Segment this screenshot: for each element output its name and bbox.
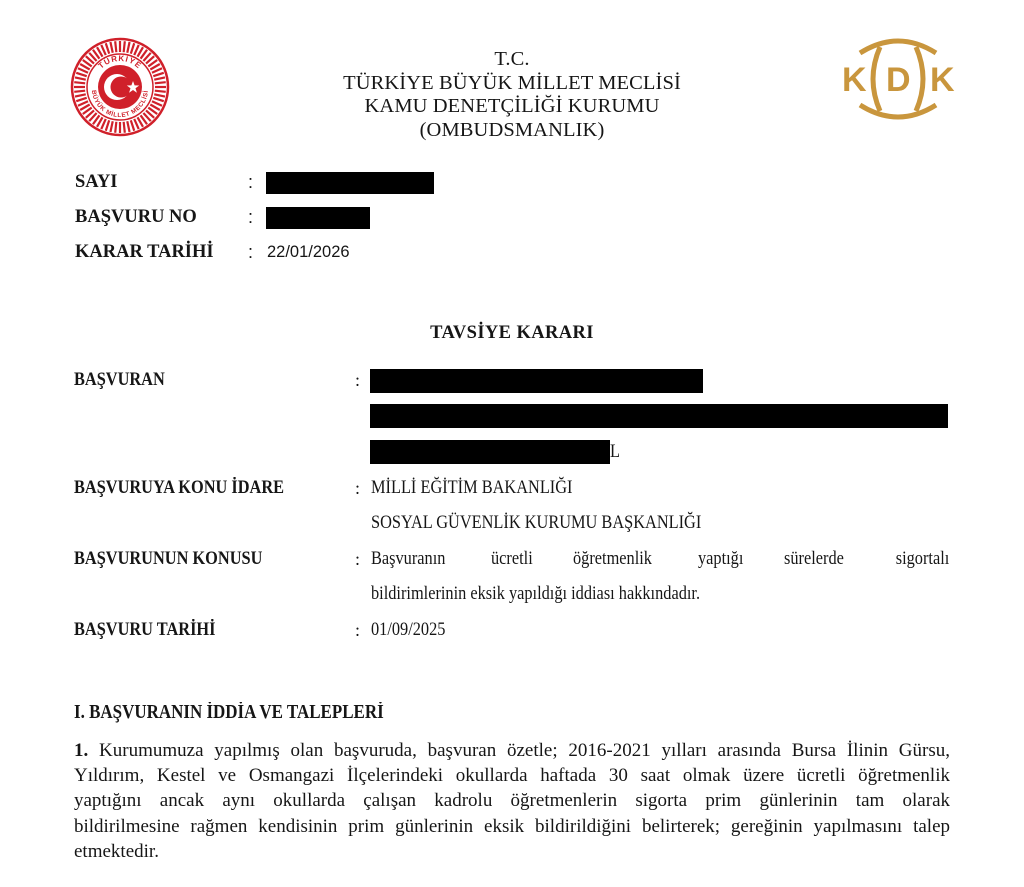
- basvuru-no-colon: :: [248, 207, 253, 228]
- kdk-logo: K D K: [838, 35, 958, 123]
- svg-text:K: K: [930, 61, 955, 99]
- header-line-tc: T.C.: [300, 48, 724, 72]
- basvuran-name-redacted: [370, 369, 703, 393]
- konusu-label: BAŞVURUNUN KONUSU: [74, 548, 262, 570]
- konusu-word: Başvuranın: [371, 548, 445, 570]
- konusu-word: öğretmenlik: [573, 548, 652, 570]
- header-line-kdk: KAMU DENETÇİLİĞİ KURUMU: [300, 95, 724, 119]
- idare-colon: :: [355, 478, 360, 499]
- basvuran-city-redacted: [370, 440, 610, 464]
- karar-tarihi-colon: :: [248, 242, 253, 263]
- basvuru-tarihi-colon: :: [355, 620, 360, 641]
- header-line-tbmm: TÜRKİYE BÜYÜK MİLLET MECLİSİ: [300, 72, 724, 96]
- basvuran-label: BAŞVURAN: [74, 369, 165, 391]
- paragraph-line: bildirilmesine rağmen kendisinin prim gü…: [74, 814, 950, 839]
- svg-text:D: D: [886, 61, 911, 99]
- konusu-word: sürelerde: [784, 548, 844, 570]
- document-title: TAVSİYE KARARI: [0, 323, 1024, 344]
- basvuru-no-label: BAŞVURU NO: [75, 207, 197, 228]
- idare-value-sgk: SOSYAL GÜVENLİK KURUMU BAŞKANLIĞI: [371, 512, 701, 534]
- konusu-word: sigortalı: [895, 548, 949, 570]
- tbmm-seal-logo: TÜRKİYE BÜYÜK MİLLET MECLİSİ: [70, 37, 170, 137]
- konusu-word: yaptığı: [698, 548, 743, 570]
- basvuran-colon: :: [355, 370, 360, 391]
- header-line-ombudsman: (OMBUDSMANLIK): [300, 119, 724, 143]
- svg-text:K: K: [842, 61, 867, 99]
- basvuran-address-redacted: [370, 404, 948, 428]
- konusu-line-2: bildirimlerinin eksik yapıldığı iddiası …: [371, 583, 700, 605]
- basvuru-tarihi-value: 01/09/2025: [371, 619, 445, 641]
- basvuru-no-redacted-value: [266, 207, 370, 229]
- paragraph-1: 1. Kurumumuza yapılmış olan başvuruda, b…: [74, 738, 950, 864]
- idare-label: BAŞVURUYA KONU İDARE: [74, 477, 284, 499]
- paragraph-line: 1. Kurumumuza yapılmış olan başvuruda, b…: [74, 738, 950, 763]
- sayi-label: SAYI: [75, 172, 118, 193]
- sayi-colon: :: [248, 172, 253, 193]
- basvuran-city-trailing: L: [610, 441, 620, 463]
- idare-value-meb: MİLLİ EĞİTİM BAKANLIĞI: [371, 477, 572, 499]
- konusu-line-1: Başvuranın ücretli öğretmenlik yaptığı s…: [371, 548, 949, 570]
- sayi-redacted-value: [266, 172, 434, 194]
- konusu-colon: :: [355, 549, 360, 570]
- basvuru-tarihi-label: BAŞVURU TARİHİ: [74, 619, 215, 641]
- paragraph-line-text: Kurumumuza yapılmış olan başvuruda, başv…: [99, 740, 950, 761]
- institution-header: T.C. TÜRKİYE BÜYÜK MİLLET MECLİSİ KAMU D…: [300, 48, 724, 142]
- paragraph-line: etmektedir.: [74, 839, 950, 864]
- karar-tarihi-value: 22/01/2026: [267, 243, 350, 262]
- paragraph-line: yaptığını ancak aynı okullarda çalışan k…: [74, 788, 950, 813]
- paragraph-number: 1.: [74, 740, 88, 761]
- konusu-word: ücretli: [491, 548, 533, 570]
- paragraph-line: Yıldırım, Kestel ve Osmangazi İlçelerind…: [74, 763, 950, 788]
- section-heading-iddia-talepler: I. BAŞVURANIN İDDİA VE TALEPLERİ: [74, 702, 384, 724]
- karar-tarihi-label: KARAR TARİHİ: [75, 242, 214, 263]
